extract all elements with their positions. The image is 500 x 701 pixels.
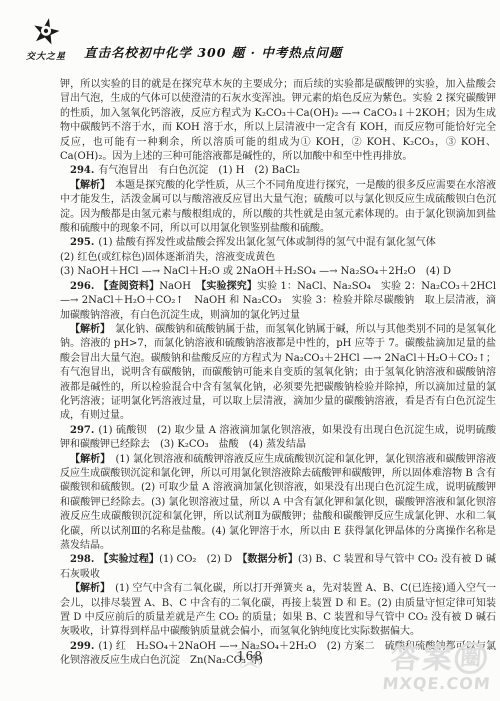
answer-295-line3: (3) NaOH＋HCl —→ NaCl＋H₂O 或 2NaOH＋H₂SO₄ —… [60,265,496,279]
book-title: 直击名校初中化学 300 题 · 中考热点问题 [84,43,342,61]
continuation-text: 钾，所以实验的目的就是在探究草木灰的主要成分；而后续的实验都是碳酸钾的实验，加入… [60,79,496,162]
analysis-296: 【解析】 氯化钠、碳酸钠和硫酸钠属于盐，而氢氧化钠属于碱，所以与其他类别不同的是… [60,323,496,424]
answer-294-text: 有气泡冒出 有白色沉淀 (1) H (2) BaCl₂ [98,165,300,176]
experiment-label-296: 【实验探究】 [201,281,257,292]
analysis-label-294: 【解析】 [70,180,105,191]
analysis-294-text: 本题是探究酸的化学性质，从三个不同角度进行探究，一是酸的很多反应需要在水溶液中才… [60,180,496,234]
answer-294: 294.有气泡冒出 有白色沉淀 (1) H (2) BaCl₂ [60,164,496,178]
watermark-brand: 答案圈 [383,642,494,674]
answer-content: 钾，所以实验的目的就是在探究草木灰的主要成分；而后续的实验都是碳酸钾的实验，加入… [60,78,496,669]
answer-295-part1: (1) 盐酸有挥发性或盐酸会挥发出氯化氢气体或制得的氢气中混有氯化氢气体 [98,237,435,248]
analysis-298-text: (1) 空气中含有二氧化碳，所以打开弹簧夹 a，先对装置 A、B、C(已连接)通… [60,583,496,637]
star-logo-icon [18,16,74,52]
answer-295-line2: (2) 红色(或红棕色)固体逐渐消失，溶液变成黄色 [60,251,496,265]
question-number-297: 297. [70,425,94,436]
answer-site-watermark: 答案圈 MXQE.COM [382,642,495,693]
analysis-294: 【解析】 本题是探究酸的化学性质，从三个不同角度进行探究，一是酸的很多反应需要在… [60,179,496,237]
publisher-logo: 交大之星 [18,16,74,62]
analysis-label-297: 【解析】 [70,454,105,465]
analysis-297: 【解析】 (1) 氯化钡溶液和硫酸钾溶液反应生成硫酸钡沉淀和氯化钾，氯化钡溶液和… [60,453,496,554]
question-number-298: 298. [70,554,94,565]
watermark-site-url: MXQE.COM [382,676,492,693]
publisher-logo-label: 交大之星 [18,49,74,62]
answer-295-line1: 295.(1) 盐酸有挥发性或盐酸会挥发出氯化氢气体或制得的氢气中混有氯化氢气体 [60,236,496,250]
answer-295-part3: (3) NaOH＋HCl —→ NaCl＋H₂O 或 2NaOH＋H₂SO₄ —… [60,266,451,277]
analysis-298: 【解析】 (1) 空气中含有二氧化碳，所以打开弹簧夹 a，先对装置 A、B、C(… [60,582,496,640]
answer-296: 296.【查阅资料】NaOH 【实验探究】实验 1：NaCl、Na₂SO₄ 实验… [60,280,496,323]
reference-296-text: NaOH [159,281,201,292]
paragraph-continuation-293: 钾，所以实验的目的就是在探究草木灰的主要成分；而后续的实验都是碳酸钾的实验，加入… [60,78,496,164]
process-label-298: 【实验过程】 [98,554,159,565]
answer-297-text: (1) 硫酸钡 (2) 取少量 A 溶液滴加氯化钡溶液，如果没有出现白色沉淀生成… [60,425,496,450]
book-page: 交大之星 直击名校初中化学 300 题 · 中考热点问题 钾，所以实验的目的就是… [0,0,500,701]
answer-295-part2: (2) 红色(或红棕色)固体逐渐消失，溶液变成黄色 [60,252,275,263]
answer-298: 298.【实验过程】(1) CO₂ (2) D 【数据分析】(3) B、C 装置… [60,553,496,582]
question-number-294: 294. [70,165,94,176]
answer-297: 297.(1) 硫酸钡 (2) 取少量 A 溶液滴加氯化钡溶液，如果没有出现白色… [60,424,496,453]
page-header: 交大之星 直击名校初中化学 300 题 · 中考热点问题 [14,16,494,68]
process-298-text: (1) CO₂ (2) D [159,554,242,565]
analysis-label-298: 【解析】 [70,583,105,594]
analysis-297-text: (1) 氯化钡溶液和硫酸钾溶液反应生成硫酸钡沉淀和氯化钾，氯化钡溶液和碳酸钾溶液… [60,454,496,551]
data-analysis-label-298: 【数据分析】 [242,554,298,565]
watermark-brand-text: 答案 [389,641,456,675]
question-number-296: 296. [70,281,94,292]
watermark-circled-char: 圈 [453,642,488,674]
question-number-295: 295. [70,237,94,248]
analysis-label-296: 【解析】 [70,324,105,335]
reference-label-296: 【查阅资料】 [98,281,159,292]
analysis-296-text: 氯化钠、碳酸钠和硫酸钠属于盐，而氢氧化钠属于碱，所以与其他类别不同的是氢氧化钠。… [60,324,496,421]
